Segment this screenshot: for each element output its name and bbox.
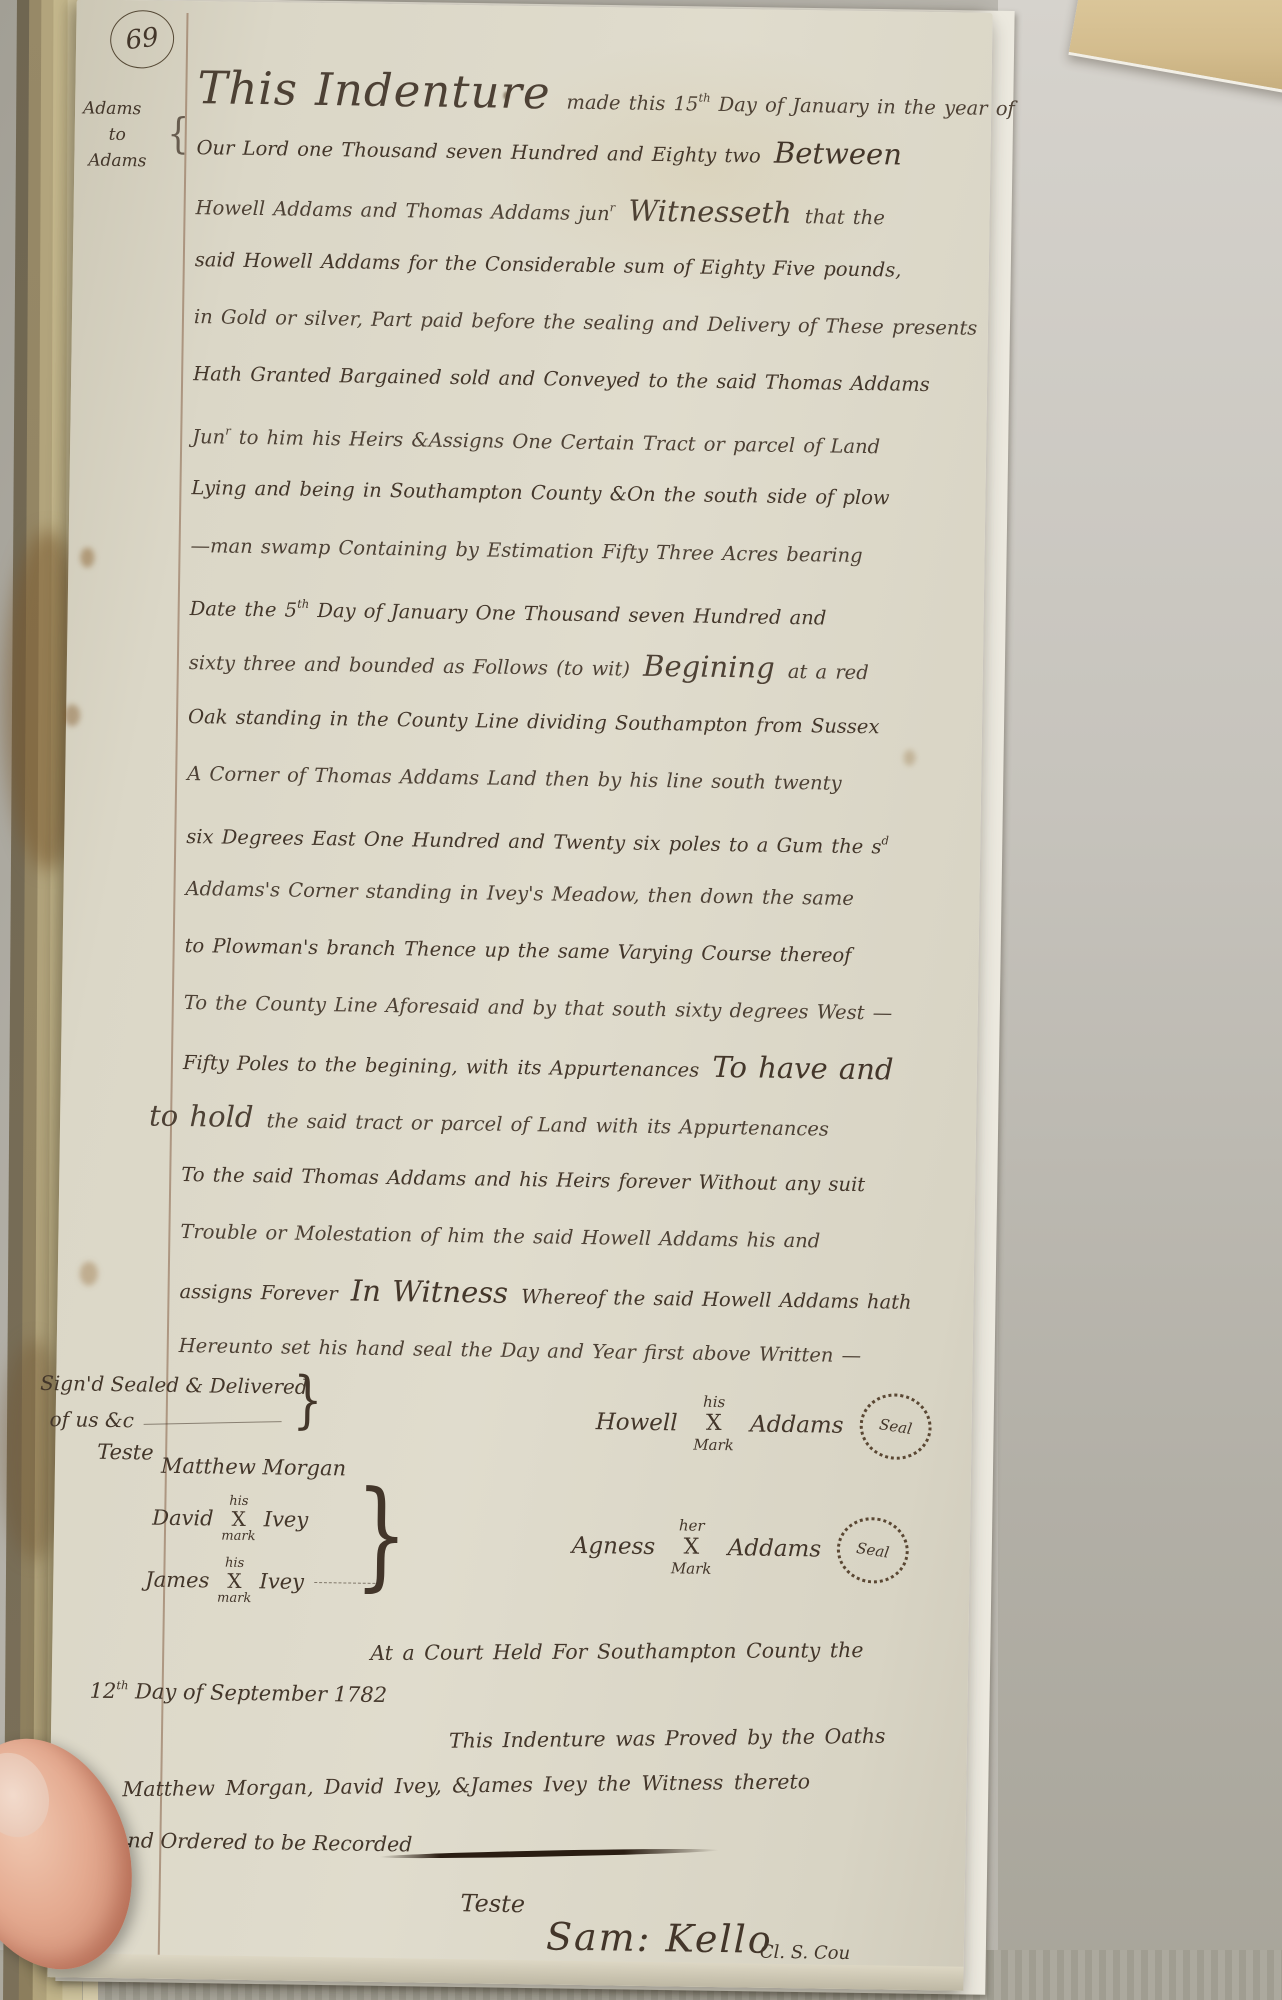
deed-text-segment: r [610,201,616,215]
deed-text-segment: Oak standing in the County Line dividing… [188,705,880,738]
deed-text-segment: said Howell Addams for the Considerable … [195,248,902,281]
deed-text-segment: Day of January in the year of [710,93,1015,121]
deed-text-segment: six Degrees East One Hundred and Twenty … [186,825,882,858]
deed-text-segment: Date the 5 [190,597,298,622]
brace-flourish: } [354,1452,409,1618]
foxing-stain [64,704,80,726]
deed-text-segment: —man swamp Containing by Estimation Fift… [190,534,862,567]
witness-name: Ivey [259,1569,304,1594]
deed-text-segment: Hereunto set his hand seal the Day and Y… [179,1334,862,1367]
deed-text-segment: To the County Line Aforesaid and by that… [184,991,893,1025]
court-record-line: 12th Day of September 1782 [89,1678,387,1707]
deed-text-segment: at a red [779,660,868,684]
mark-word-mark: Mark [693,1436,734,1454]
witness-row: James his X mark Ivey [145,1549,381,1614]
deed-text-segment: Between [774,136,902,172]
deed-text-segment: d [881,834,889,848]
foxing-stain [80,1262,98,1286]
mark-word-mark: mark [221,1529,255,1543]
deed-text-segment: Jun [192,425,225,448]
deed-text-line: To the County Line Aforesaid and by that… [183,974,970,1043]
court-record-line: This Indenture was Proved by the Oaths [449,1724,886,1753]
deed-text-segment: Begining [643,649,775,685]
mark-word-mark: Mark [671,1560,712,1578]
mark-word-his: his [703,1394,725,1412]
deed-text-line: Howell Addams and Thomas Addams junr Wit… [195,173,982,242]
his-mark-cross: his X mark [217,1556,252,1605]
deed-text-line: Addams's Corner standing in Ivey's Meado… [185,860,972,929]
deed-text-segment: Whereof the said Howell Addams hath [513,1285,912,1314]
seal-label: Seal [878,1415,913,1438]
deed-text-segment: in Gold or silver, Part paid before the … [194,305,978,340]
witness-name: Matthew Morgan [161,1454,347,1481]
deed-text-segment: th [698,91,710,105]
photo-of-deed-book: 69 Adams to Adams { This Indenturemade t… [0,0,1282,2000]
witness-name: David [152,1506,214,1531]
deed-text-line: in Gold or silver, Part paid before the … [194,288,981,357]
his-mark-cross: his X mark [221,1494,256,1543]
teste-label: Teste [97,1440,154,1465]
deed-text-line: Junr to him his Heirs &Assigns One Certa… [192,402,979,471]
attestation-line: of us &c [49,1407,282,1434]
ruled-flourish [144,1421,282,1425]
deed-text-segment: assigns Forever [179,1280,346,1305]
deed-text-segment: to Plowman's branch Thence up the same V… [185,934,852,967]
clerk-signature: Sam: Kello [546,1914,773,1961]
witness-row: David his X mark Ivey [146,1487,382,1552]
deed-text-segment: A Corner of Thomas Addams Land then by h… [187,762,842,795]
deed-text-segment: Howell Addams and Thomas Addams jun [195,196,609,225]
party-name: Agness [572,1533,656,1560]
table-surface-right [998,0,1282,2000]
deed-text-line: to hold the said tract or parcel of Land… [144,1088,969,1157]
mark-word-her: her [679,1518,705,1536]
clerk-title: Cl. S. Cou [760,1942,851,1964]
court-record-line: At a Court Held For Southampton County t… [370,1638,863,1665]
grantor-signature: Agness her X Mark Addams Seal [571,1513,909,1584]
deed-text-segment: To the said Thomas Addams and his Heirs … [181,1163,865,1196]
witness-name: Ivey [264,1507,309,1532]
court-date: Day of September 1782 [128,1679,387,1707]
witness-list: Matthew Morgan David his X mark Ivey Jam… [145,1445,382,1614]
court-day: 12 [89,1679,116,1703]
deed-text-line: A Corner of Thomas Addams Land then by h… [187,745,974,814]
x-mark: X [227,1570,242,1591]
ink-flourish [379,1847,719,1860]
mark-word-mark: mark [217,1591,251,1605]
deed-text-segment [615,203,624,226]
party-name: Addams [728,1535,822,1562]
attestation-text: of us &c [49,1407,134,1432]
deed-text-segment: Trouble or Molestation of him the said H… [180,1220,820,1252]
party-name: Addams [750,1411,844,1438]
x-mark: X [706,1411,722,1437]
deed-text-line: sixty three and bounded as Follows (to w… [189,631,976,700]
deed-text-segment: to him his Heirs &Assigns One Certain Tr… [231,426,881,459]
deed-text-segment: that the [796,205,885,229]
grantor-signature: Howell his X Mark Addams Seal [595,1389,932,1460]
deed-text-segment: made this 15 [566,91,698,116]
wax-seal: Seal [855,1388,936,1464]
margin-brace-flourish: { [167,109,189,158]
deed-text-segment: Hath Granted Bargained sold and Conveyed… [193,362,930,396]
wax-seal: Seal [832,1512,913,1588]
court-day-suffix: th [116,1678,128,1692]
deed-text-segment: To have and [712,1050,894,1087]
deed-text-segment: the said tract or parcel of Land with it… [258,1110,829,1141]
deed-text-segment: th [297,596,309,610]
deed-text-line: This Indenturemade this 15th Day of Janu… [197,59,984,128]
court-record-line: Matthew Morgan, David Ivey, &James Ivey … [122,1769,810,1801]
deed-text-segment: Lying and being in Southampton County &O… [191,476,889,509]
deed-text-line: —man swamp Containing by Estimation Fift… [190,517,977,586]
deed-text-segment: sixty three and bounded as Follows (to w… [189,651,639,681]
deed-body-text: This Indenturemade this 15th Day of Janu… [178,59,983,1386]
seal-label: Seal [855,1539,890,1562]
page-number-value: 69 [124,22,161,56]
witness-name: James [145,1568,209,1593]
deed-text-segment: Our Lord one Thousand seven Hundred and … [196,136,769,167]
deed-text-segment: Witnesseth [628,194,792,230]
witness-row: Matthew Morgan [147,1445,382,1490]
foxing-stain [80,547,94,567]
deed-text-segment: to hold [149,1099,254,1135]
deed-text-segment: Day of January One Thousand seven Hundre… [309,599,827,630]
teste-label: Teste [460,1889,525,1918]
manuscript-page: 69 Adams to Adams { This Indenturemade t… [47,0,992,1991]
deed-text-segment: Fifty Poles to the begining, with its Ap… [183,1051,708,1082]
brace-flourish: } [292,1363,323,1436]
party-name: Howell [595,1409,677,1436]
attestation-line: Sign'd Sealed & Delivered [40,1371,308,1399]
her-mark-cross: her X Mark [671,1517,712,1577]
page-number: 69 [107,7,178,73]
x-mark: X [683,1535,699,1561]
x-mark: X [231,1508,246,1529]
deed-text-segment: In Witness [351,1273,509,1309]
his-mark-cross: his X Mark [693,1394,734,1454]
court-record-line: and Ordered to be Recorded [115,1828,412,1856]
deed-text-segment: Addams's Corner standing in Ivey's Meado… [185,877,854,910]
deed-text-line: Trouble or Molestation of him the said H… [180,1203,967,1272]
deed-text-segment: This Indenture [197,61,551,119]
